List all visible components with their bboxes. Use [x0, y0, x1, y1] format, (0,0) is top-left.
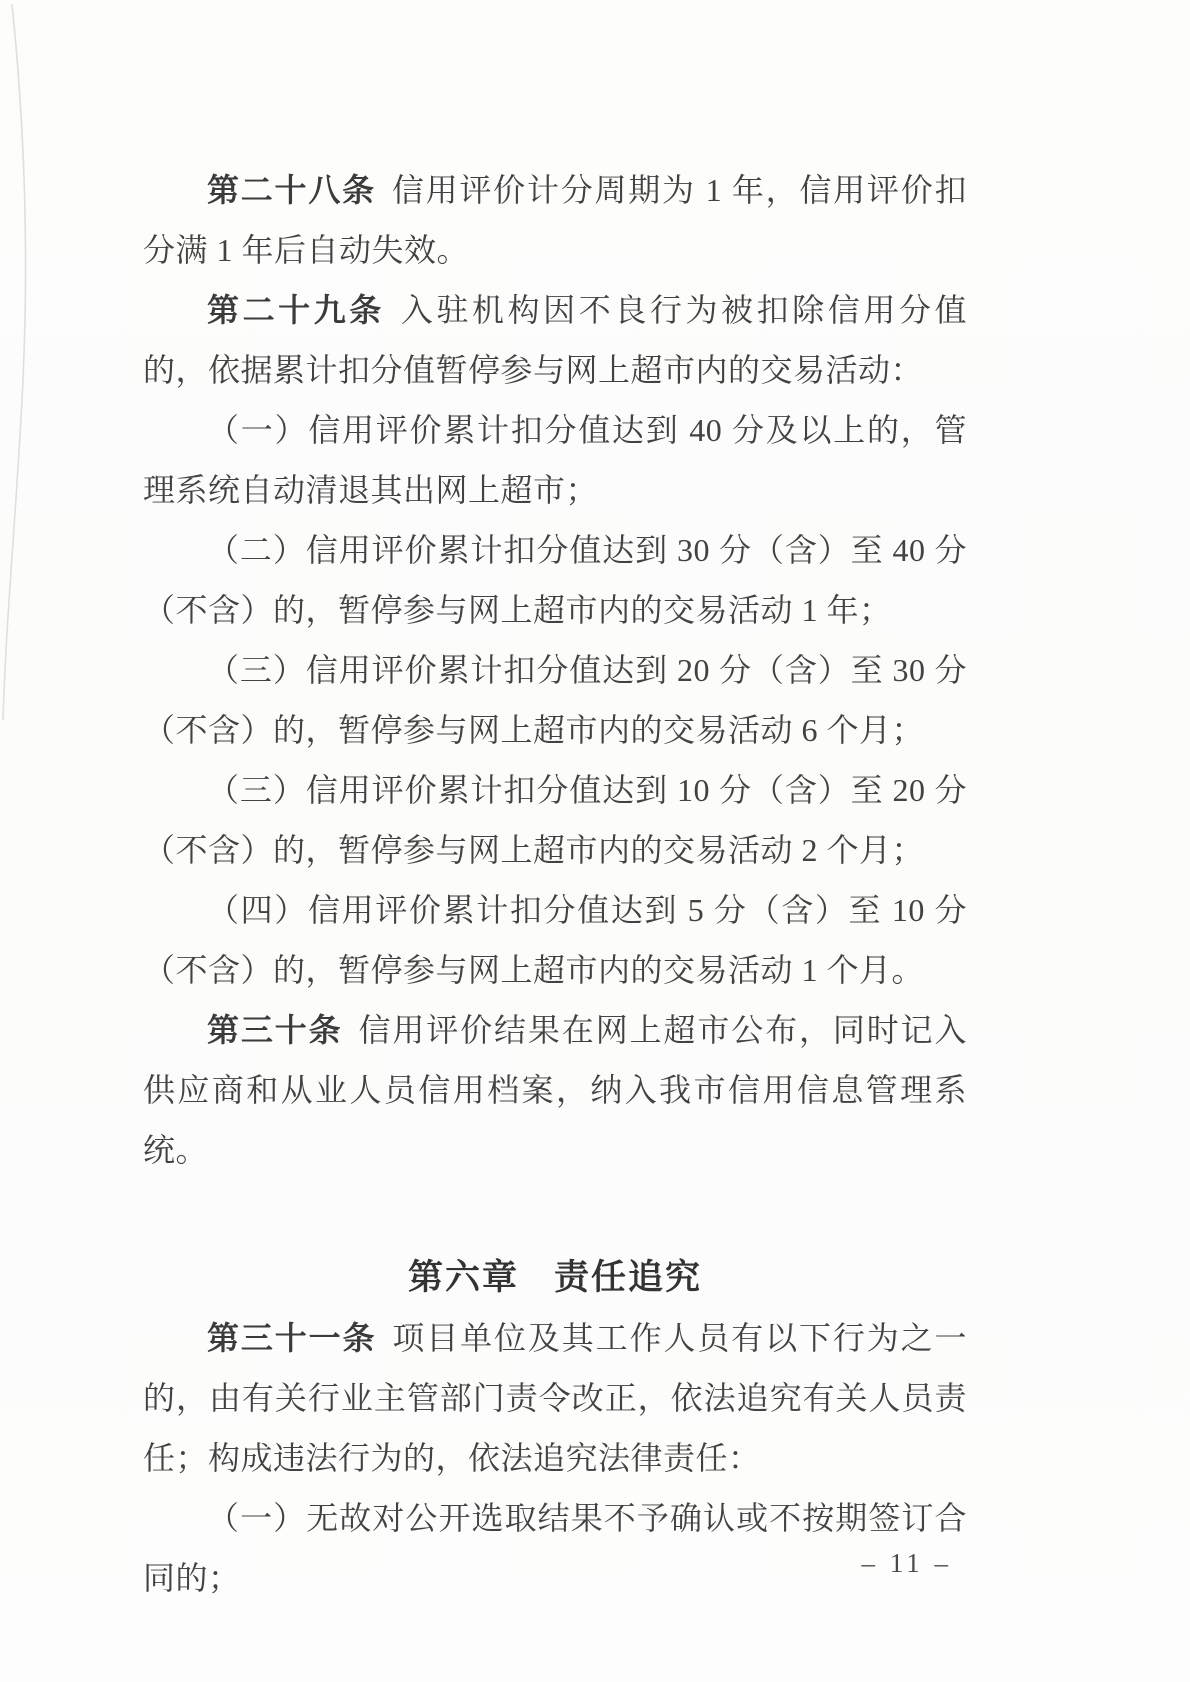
paragraph: 第二十九条入驻机构因不良行为被扣除信用分值的，依据累计扣分值暂停参与网上超市内的… [143, 280, 967, 400]
paragraph: （四）信用评价累计扣分值达到 5 分（含）至 10 分（不含）的，暂停参与网上超… [143, 880, 967, 1000]
article-number: 第三十一条 [207, 1320, 376, 1356]
paragraph: （三）信用评价累计扣分值达到 20 分（含）至 30 分（不含）的，暂停参与网上… [143, 640, 967, 760]
paragraph-text: （二）信用评价累计扣分值达到 30 分（含）至 40 分（不含）的，暂停参与网上… [143, 532, 967, 628]
paragraph-text: （一）信用评价累计扣分值达到 40 分及以上的，管理系统自动清退其出网上超市； [143, 412, 967, 508]
article-number: 第二十九条 [207, 292, 385, 328]
chapter-heading: 第六章责任追究 [143, 1248, 967, 1308]
article-number: 第二十八条 [207, 172, 376, 208]
paragraph: 第二十八条信用评价计分周期为 1 年，信用评价扣分满 1 年后自动失效。 [143, 160, 967, 280]
paragraph: （三）信用评价累计扣分值达到 10 分（含）至 20 分（不含）的，暂停参与网上… [143, 760, 967, 880]
document-page: 第二十八条信用评价计分周期为 1 年，信用评价扣分满 1 年后自动失效。第二十九… [0, 0, 1190, 1682]
chapter-title: 责任追究 [554, 1258, 702, 1297]
paragraph: （一）信用评价累计扣分值达到 40 分及以上的，管理系统自动清退其出网上超市； [143, 400, 967, 520]
paragraph-text: （四）信用评价累计扣分值达到 5 分（含）至 10 分（不含）的，暂停参与网上超… [143, 892, 967, 988]
scan-hairline-artifact [0, 0, 60, 760]
page-number: – 11 – [862, 1548, 953, 1579]
document-content: 第二十八条信用评价计分周期为 1 年，信用评价扣分满 1 年后自动失效。第二十九… [143, 160, 967, 1608]
paragraph-text: （三）信用评价累计扣分值达到 10 分（含）至 20 分（不含）的，暂停参与网上… [143, 772, 967, 868]
paragraph: 第三十条信用评价结果在网上超市公布，同时记入供应商和从业人员信用档案，纳入我市信… [143, 1000, 967, 1180]
paragraph: 第三十一条项目单位及其工作人员有以下行为之一的，由有关行业主管部门责令改正，依法… [143, 1308, 967, 1488]
paragraph-text: （三）信用评价累计扣分值达到 20 分（含）至 30 分（不含）的，暂停参与网上… [143, 652, 967, 748]
paragraph: （一）无故对公开选取结果不予确认或不按期签订合同的； [143, 1488, 967, 1608]
chapter-number: 第六章 [408, 1258, 519, 1297]
article-number: 第三十条 [207, 1012, 343, 1048]
paragraph: （二）信用评价累计扣分值达到 30 分（含）至 40 分（不含）的，暂停参与网上… [143, 520, 967, 640]
paragraph-text: （一）无故对公开选取结果不予确认或不按期签订合同的； [143, 1500, 967, 1596]
